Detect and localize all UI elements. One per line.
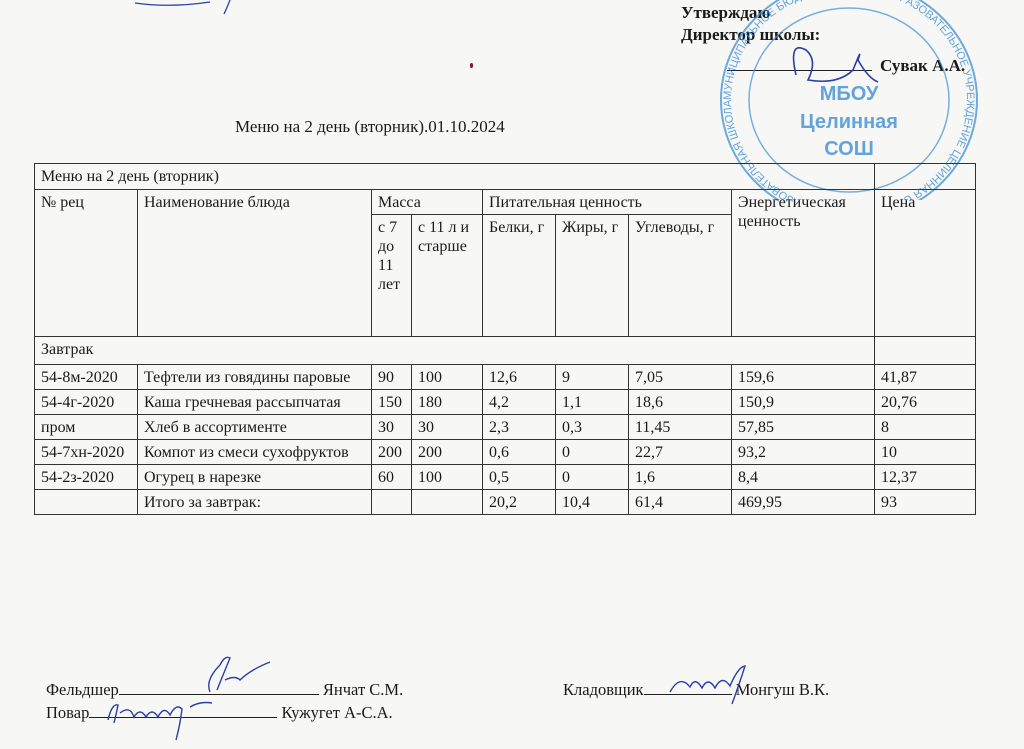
recipe-number: 54-2з-2020 — [35, 465, 138, 490]
header-mass: Масса — [372, 190, 483, 215]
mass-11-plus: 180 — [412, 390, 483, 415]
energy: 150,9 — [732, 390, 875, 415]
total-row: Итого за завтрак: 20,2 10,4 61,4 469,95 … — [35, 490, 976, 515]
proteins: 4,2 — [483, 390, 556, 415]
header-price: Цена — [875, 190, 976, 337]
price: 8 — [875, 415, 976, 440]
carbs: 22,7 — [629, 440, 732, 465]
table-row: 54-4г-2020Каша гречневая рассыпчатая1501… — [35, 390, 976, 415]
carbs: 18,6 — [629, 390, 732, 415]
section-breakfast: Завтрак — [35, 337, 875, 365]
mass-7-11: 30 — [372, 415, 412, 440]
approval-title: Утверждаю — [681, 2, 820, 24]
mass-11-plus: 100 — [412, 465, 483, 490]
price: 10 — [875, 440, 976, 465]
dish-name: Огурец в нарезке — [138, 465, 372, 490]
cook-signature-icon — [100, 695, 240, 745]
dish-name: Каша гречневая рассыпчатая — [138, 390, 372, 415]
medic-signature-icon — [195, 650, 275, 695]
proteins: 2,3 — [483, 415, 556, 440]
table-row: 54-8м-2020Тефтели из говядины паровые901… — [35, 365, 976, 390]
total-carbs: 61,4 — [629, 490, 732, 515]
table-row: 54-2з-2020Огурец в нарезке601000,501,68,… — [35, 465, 976, 490]
header-energy: Энергетическая ценность — [732, 190, 875, 337]
fats: 0,3 — [556, 415, 629, 440]
menu-table: Меню на 2 день (вторник) № рец Наименова… — [34, 163, 976, 515]
handwriting-scribble-icon — [130, 0, 250, 20]
carbs: 1,6 — [629, 465, 732, 490]
svg-text:СОШ: СОШ — [824, 138, 874, 160]
mass-7-11: 60 — [372, 465, 412, 490]
total-proteins: 20,2 — [483, 490, 556, 515]
fats: 1,1 — [556, 390, 629, 415]
mass-11-plus: 100 — [412, 365, 483, 390]
header-nutrition: Питательная ценность — [483, 190, 732, 215]
recipe-number: 54-7хн-2020 — [35, 440, 138, 465]
approval-block: Утверждаю Директор школы: — [681, 2, 820, 46]
director-name: Сувак А.А. — [880, 56, 965, 75]
fats: 0 — [556, 465, 629, 490]
total-energy: 469,95 — [732, 490, 875, 515]
storekeeper-signature-icon — [660, 662, 760, 707]
dish-name: Тефтели из говядины паровые — [138, 365, 372, 390]
svg-text:МБОУ: МБОУ — [820, 83, 879, 105]
energy: 159,6 — [732, 365, 875, 390]
header-dish-name: Наименование блюда — [138, 190, 372, 337]
mass-7-11: 90 — [372, 365, 412, 390]
cook-role: Повар — [46, 703, 89, 722]
proteins: 0,5 — [483, 465, 556, 490]
recipe-number: пром — [35, 415, 138, 440]
price: 12,37 — [875, 465, 976, 490]
table-caption: Меню на 2 день (вторник) — [35, 164, 875, 190]
energy: 8,4 — [732, 465, 875, 490]
header-proteins: Белки, г — [483, 215, 556, 337]
mass-7-11: 200 — [372, 440, 412, 465]
svg-text:Целинная: Целинная — [800, 111, 898, 133]
fats: 0 — [556, 440, 629, 465]
carbs: 11,45 — [629, 415, 732, 440]
energy: 57,85 — [732, 415, 875, 440]
dish-name: Компот из смеси сухофруктов — [138, 440, 372, 465]
total-fats: 10,4 — [556, 490, 629, 515]
medic-name: Янчат С.М. — [323, 680, 403, 699]
fats: 9 — [556, 365, 629, 390]
mass-7-11: 150 — [372, 390, 412, 415]
table-row: 54-7хн-2020Компот из смеси сухофруктов20… — [35, 440, 976, 465]
director-signature: Сувак А.А. — [727, 56, 965, 76]
recipe-number: 54-4г-2020 — [35, 390, 138, 415]
dish-name: Хлеб в ассортименте — [138, 415, 372, 440]
header-recipe-no: № рец — [35, 190, 138, 337]
energy: 93,2 — [732, 440, 875, 465]
document-title: Меню на 2 день (вторник).01.10.2024 — [235, 117, 505, 137]
price: 41,87 — [875, 365, 976, 390]
header-mass-11-plus: с 11 л и старше — [412, 215, 483, 337]
header-fats: Жиры, г — [556, 215, 629, 337]
mass-11-plus: 30 — [412, 415, 483, 440]
storekeeper-role: Кладовщик — [563, 680, 644, 699]
proteins: 12,6 — [483, 365, 556, 390]
table-row: промХлеб в ассортименте30302,30,311,4557… — [35, 415, 976, 440]
approval-role: Директор школы: — [681, 24, 820, 46]
recipe-number: 54-8м-2020 — [35, 365, 138, 390]
price: 20,76 — [875, 390, 976, 415]
mass-11-plus: 200 — [412, 440, 483, 465]
header-carbs: Углеводы, г — [629, 215, 732, 337]
proteins: 0,6 — [483, 440, 556, 465]
cook-name: Кужугет А-С.А. — [281, 703, 392, 722]
total-price: 93 — [875, 490, 976, 515]
header-mass-7-11: с 7 до 11 лет — [372, 215, 412, 337]
carbs: 7,05 — [629, 365, 732, 390]
signature-line — [727, 56, 872, 71]
total-label: Итого за завтрак: — [138, 490, 372, 515]
ink-mark — [470, 63, 473, 68]
